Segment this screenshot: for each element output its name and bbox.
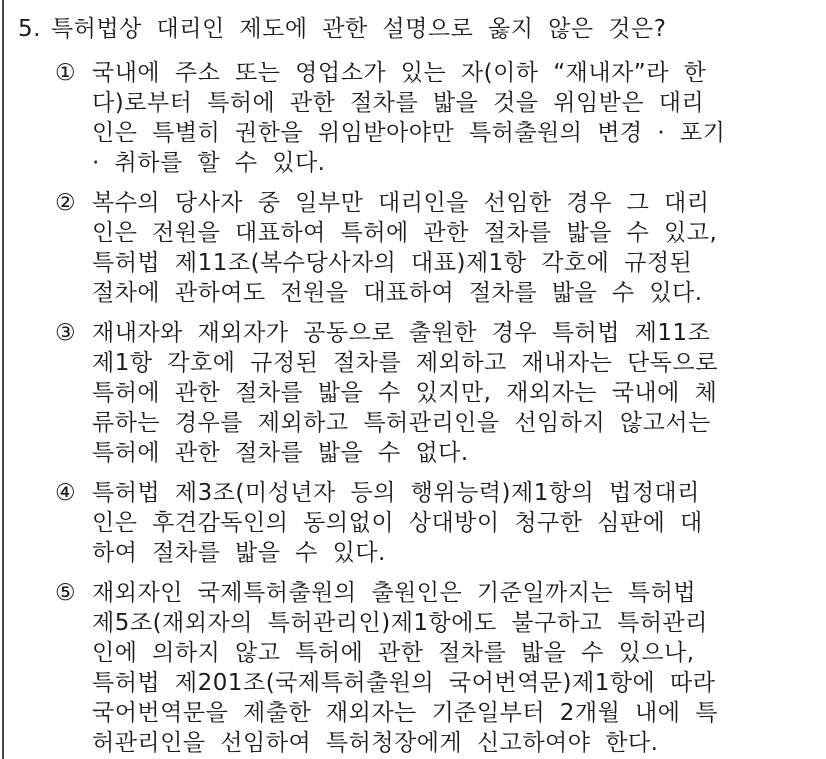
option-2: ② 복수의 당사자 중 일부만 대리인을 선임한 경우 그 대리 인은 전원을 … xyxy=(55,188,812,308)
option-3-text: 재내자와 재외자가 공동으로 출원한 경우 특허법 제11조 제1항 각호에 규… xyxy=(92,318,718,468)
options-list: ① 국내에 주소 또는 영업소가 있는 자(이하 “재내자”라 한 다)로부터 … xyxy=(18,58,812,758)
option-line: 다)로부터 특허에 관한 절차를 밟을 것을 위임받은 대리 xyxy=(92,88,725,118)
option-5-marker: ⑤ xyxy=(55,578,92,608)
option-line: 인은 특별히 권한을 위임받아야만 특허출원의 변경 · 포기 xyxy=(92,118,725,148)
option-line: 인은 후견감독인의 동의없이 상대방이 청구한 심판에 대 xyxy=(92,508,703,538)
option-line: 하여 절차를 밟을 수 있다. xyxy=(92,538,703,568)
option-line: 류하는 경우를 제외하고 특허관리인을 선임하지 않고서는 xyxy=(92,408,718,438)
left-border-line xyxy=(2,0,4,759)
option-3-marker: ③ xyxy=(55,318,92,348)
option-1-marker: ① xyxy=(55,58,92,88)
question-number: 5. xyxy=(18,14,41,44)
option-line: 복수의 당사자 중 일부만 대리인을 선임한 경우 그 대리 xyxy=(92,188,717,218)
option-line: 특허에 관한 절차를 밟을 수 있지만, 재외자는 국내에 체 xyxy=(92,378,718,408)
option-line: 국내에 주소 또는 영업소가 있는 자(이하 “재내자”라 한 xyxy=(92,58,725,88)
option-line: 제1항 각호에 규정된 절차를 제외하고 재내자는 단독으로 xyxy=(92,348,718,378)
option-4-text: 특허법 제3조(미성년자 등의 행위능력)제1항의 법정대리 인은 후견감독인의… xyxy=(92,478,703,568)
option-line: 인에 의하지 않고 특허에 관한 절차를 밟을 수 있으나, xyxy=(92,638,718,668)
option-5-text: 재외자인 국제특허출원의 출원인은 기준일까지는 특허법 제5조(재외자의 특허… xyxy=(92,578,718,758)
option-1: ① 국내에 주소 또는 영업소가 있는 자(이하 “재내자”라 한 다)로부터 … xyxy=(55,58,812,178)
question-block: 5. 특허법상 대리인 제도에 관한 설명으로 옳지 않은 것은? ① 국내에 … xyxy=(0,0,826,758)
option-2-text: 복수의 당사자 중 일부만 대리인을 선임한 경우 그 대리 인은 전원을 대표… xyxy=(92,188,717,308)
option-2-marker: ② xyxy=(55,188,92,218)
option-4: ④ 특허법 제3조(미성년자 등의 행위능력)제1항의 법정대리 인은 후견감독… xyxy=(55,478,812,568)
option-line: 특허법 제3조(미성년자 등의 행위능력)제1항의 법정대리 xyxy=(92,478,703,508)
option-line: 재외자인 국제특허출원의 출원인은 기준일까지는 특허법 xyxy=(92,578,718,608)
option-1-text: 국내에 주소 또는 영업소가 있는 자(이하 “재내자”라 한 다)로부터 특허… xyxy=(92,58,725,178)
option-4-marker: ④ xyxy=(55,478,92,508)
option-3: ③ 재내자와 재외자가 공동으로 출원한 경우 특허법 제11조 제1항 각호에… xyxy=(55,318,812,468)
option-line: 제5조(재외자의 특허관리인)제1항에도 불구하고 특허관리 xyxy=(92,608,718,638)
question: 5. 특허법상 대리인 제도에 관한 설명으로 옳지 않은 것은? xyxy=(18,14,812,44)
exam-document-page: 5. 특허법상 대리인 제도에 관한 설명으로 옳지 않은 것은? ① 국내에 … xyxy=(0,0,826,759)
option-line: 인은 전원을 대표하여 특허에 관한 절차를 밟을 수 있고, xyxy=(92,218,717,248)
option-line: 절차에 관하여도 전원을 대표하여 절차를 밟을 수 있다. xyxy=(92,278,717,308)
option-line: 허관리인을 선임하여 특허청장에게 신고하여야 한다. xyxy=(92,728,718,758)
option-line: · 취하를 할 수 있다. xyxy=(92,148,725,178)
option-5: ⑤ 재외자인 국제특허출원의 출원인은 기준일까지는 특허법 제5조(재외자의 … xyxy=(55,578,812,758)
option-line: 특허에 관한 절차를 밟을 수 없다. xyxy=(92,438,718,468)
option-line: 재내자와 재외자가 공동으로 출원한 경우 특허법 제11조 xyxy=(92,318,718,348)
option-line: 특허법 제11조(복수당사자의 대표)제1항 각호에 규정된 xyxy=(92,248,717,278)
question-text: 특허법상 대리인 제도에 관한 설명으로 옳지 않은 것은? xyxy=(51,14,666,44)
option-line: 특허법 제201조(국제특허출원의 국어번역문)제1항에 따라 xyxy=(92,668,718,698)
option-line: 국어번역문을 제출한 재외자는 기준일부터 2개월 내에 특 xyxy=(92,698,718,728)
